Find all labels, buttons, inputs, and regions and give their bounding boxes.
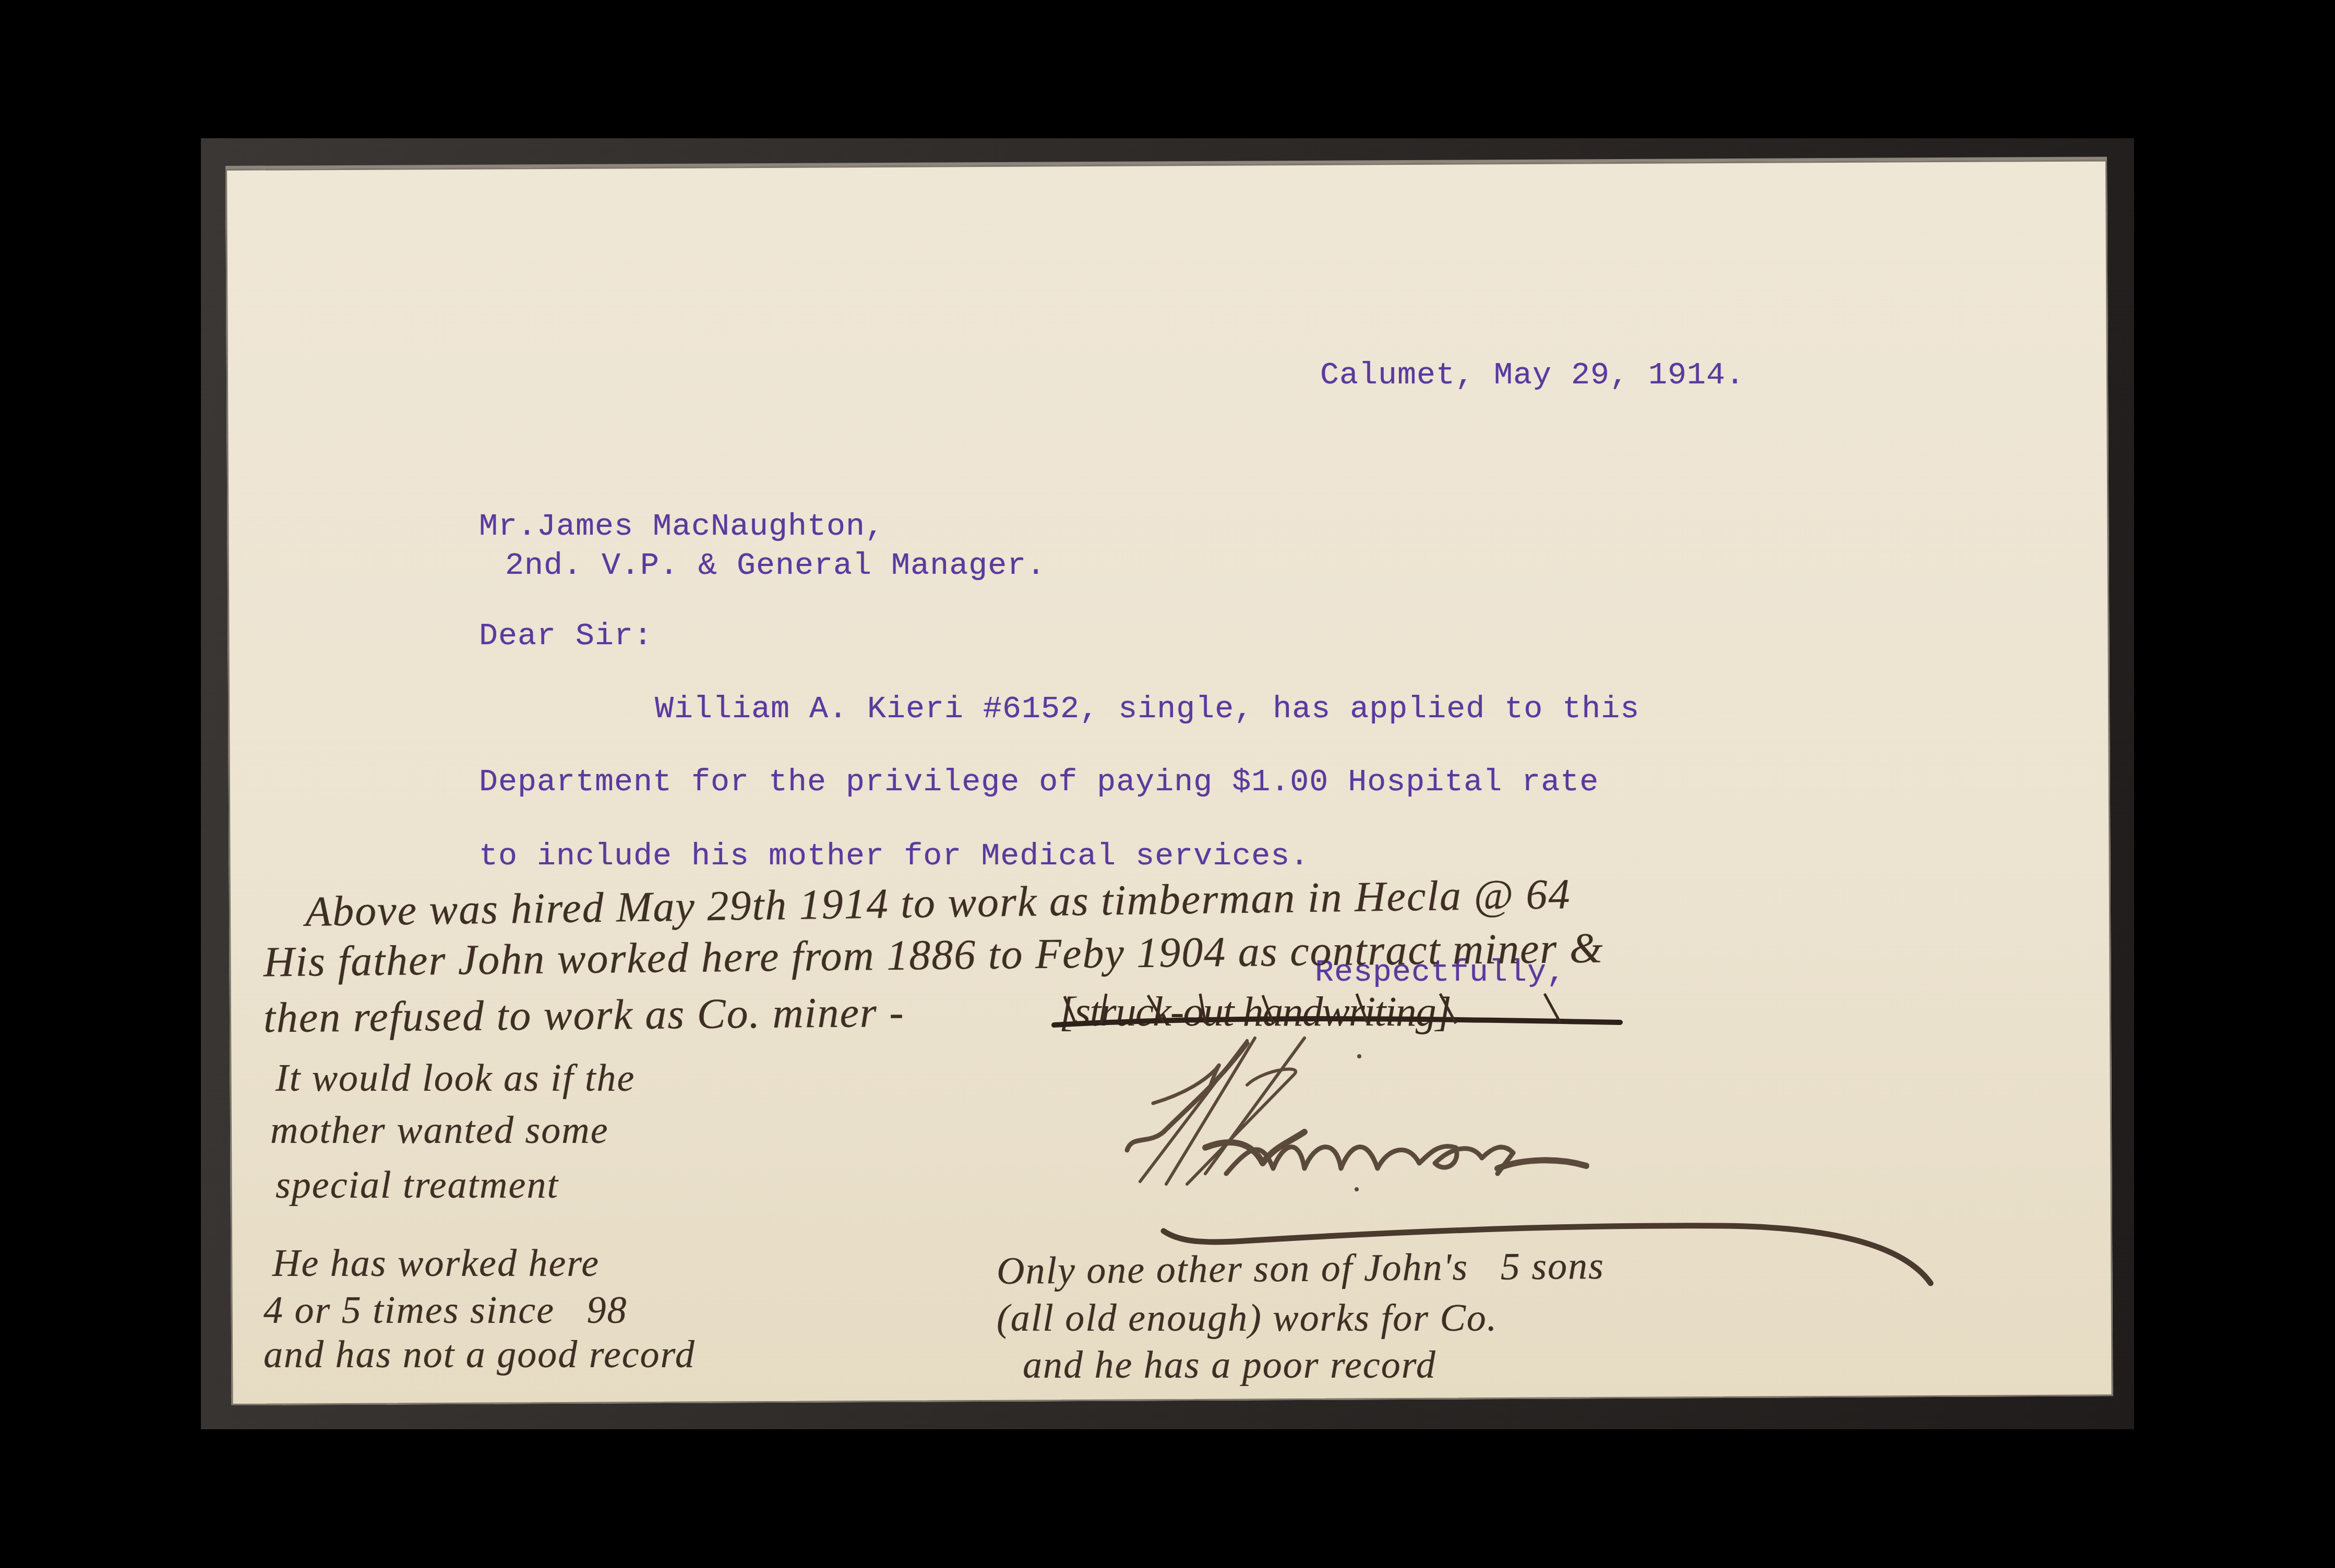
annotation-line-3: then refused to work as Co. miner -	[264, 991, 905, 1040]
body-line-1: William A. Kieri #6152, single, has appl…	[655, 694, 1639, 725]
left-note-1-line-3: special treatment	[276, 1166, 559, 1204]
right-note-line-2: (all old enough) works for Co.	[997, 1299, 1498, 1337]
right-note-line-1: Only one other son of John's 5 sons	[997, 1247, 1604, 1290]
struck-out-annotation: [struck-out handwriting]	[1059, 991, 1451, 1033]
dateline: Calumet, May 29, 1914.	[1320, 360, 1745, 391]
left-note-1-line-2: mother wanted some	[270, 1111, 609, 1150]
recipient-name: Mr.James MacNaughton,	[479, 511, 884, 542]
left-note-2-line-1: He has worked here	[272, 1244, 600, 1283]
left-note-2-line-3: and has not a good record	[264, 1335, 696, 1374]
salutation: Dear Sir:	[479, 621, 653, 652]
right-note-line-3: and he has a poor record	[1023, 1346, 1436, 1384]
left-note-2-line-2: 4 or 5 times since 98	[264, 1291, 628, 1330]
body-line-3: to include his mother for Medical servic…	[479, 841, 1309, 872]
left-note-1-line-1: It would look as if the	[276, 1059, 635, 1097]
body-line-2: Department for the privilege of paying $…	[479, 767, 1599, 798]
recipient-title: 2nd. V.P. & General Manager.	[505, 550, 1046, 582]
